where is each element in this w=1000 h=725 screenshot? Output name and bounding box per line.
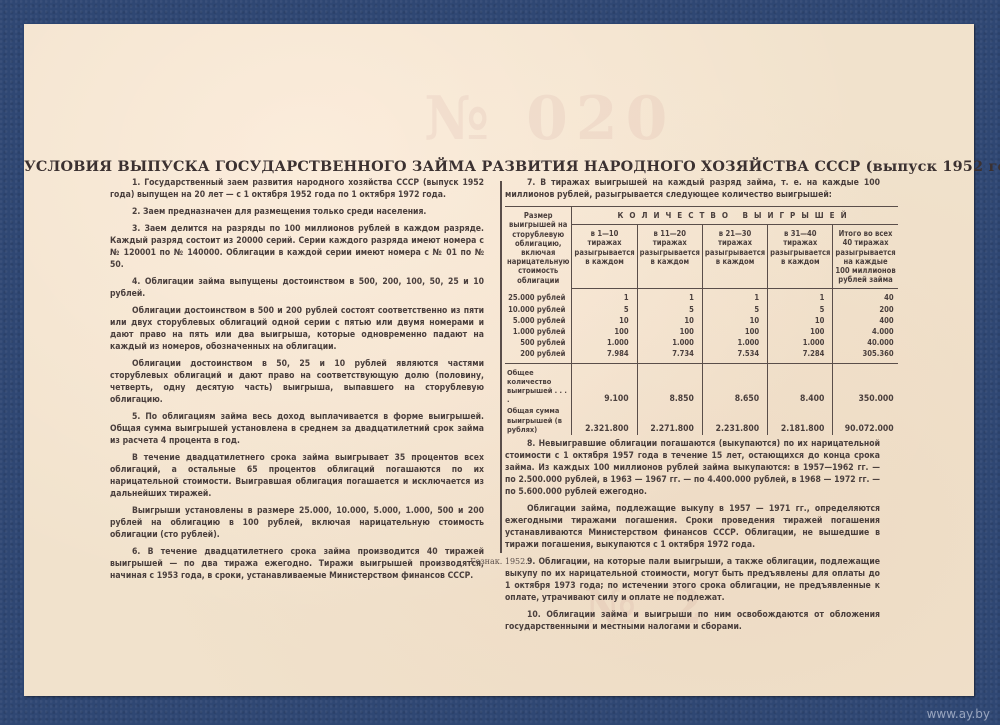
left-column: 1. Государственный заем развития народно… — [110, 177, 484, 587]
clause-4: 4. Облигации займа выпущены достоинством… — [110, 276, 484, 300]
prize-count: 10 — [768, 315, 833, 326]
prize-count: 1.000 — [768, 337, 833, 348]
clause-4-denominations-50-25-10: Облигации достоинством в 50, 25 и 10 руб… — [110, 358, 484, 406]
table-row: 10.000 рублей5555200 — [505, 304, 898, 315]
total-count-row: Общее количество выигрышей . . . .9.1008… — [505, 363, 898, 405]
prize-count: 1 — [637, 289, 702, 304]
clause-5-percent: В течение двадцатилетнего срока займа вы… — [110, 452, 484, 500]
prize-count: 1.000 — [637, 337, 702, 348]
site-watermark: www.ay.by — [927, 707, 990, 721]
clause-8-redemption: Облигации займа, подлежащие выкупу в 195… — [505, 503, 880, 551]
prize-count: 1.000 — [572, 337, 637, 348]
table-row: 25.000 рублей111140 — [505, 289, 898, 304]
column-header: в 21—30 тиражах разыгрывается в каждом — [702, 225, 767, 289]
show-through-number: № 020 — [424, 84, 675, 154]
prize-count: 100 — [637, 326, 702, 337]
prize-count: 10 — [572, 315, 637, 326]
prize-count: 7.984 — [572, 348, 637, 363]
printer-imprint: Гознак. 1952. — [24, 557, 974, 566]
clause-1: 1. Государственный заем развития народно… — [110, 177, 484, 201]
prize-total: 305.360 — [833, 348, 898, 363]
total-value: 8.850 — [637, 363, 702, 405]
clause-3: 3. Заем делится на разряды по 100 миллио… — [110, 223, 484, 271]
prize-count: 5 — [768, 304, 833, 315]
table-row-header: Размер выигрышей на сторублевую облигаци… — [505, 207, 572, 289]
clause-5-amounts: Выигрыши установлены в размере 25.000, 1… — [110, 505, 484, 541]
column-header: в 1—10 тиражах разыгрывается в каждом — [572, 225, 637, 289]
prize-count: 100 — [702, 326, 767, 337]
prize-count: 100 — [572, 326, 637, 337]
total-label: Общее количество выигрышей . . . . — [505, 363, 572, 405]
prize-count: 7.734 — [637, 348, 702, 363]
column-header-total: Итого во всех 40 тиражах разыгрывается н… — [833, 225, 898, 289]
prize-count: 100 — [768, 326, 833, 337]
prize-count: 5 — [637, 304, 702, 315]
prize-total: 200 — [833, 304, 898, 315]
prize-count: 1.000 — [702, 337, 767, 348]
prize-total: 40 — [833, 289, 898, 304]
table-row: 1.000 рублей1001001001004.000 — [505, 326, 898, 337]
prize-count: 1 — [702, 289, 767, 304]
right-column: 7. В тиражах выигрышей на каждый разряд … — [505, 177, 880, 638]
prize-size: 25.000 рублей — [505, 289, 572, 304]
total-value: 8.400 — [768, 363, 833, 405]
clause-10: 10. Облигации займа и выигрыши по ним ос… — [505, 609, 880, 633]
total-value: 8.650 — [702, 363, 767, 405]
winnings-table: Размер выигрышей на сторублевую облигаци… — [505, 206, 898, 435]
bond-sheet: № 020 № 2 УСЛОВИЯ ВЫПУСКА ГОСУДАРСТВЕННО… — [24, 24, 974, 696]
clause-4-denominations-500-200: Облигации достоинством в 500 и 200 рубле… — [110, 305, 484, 353]
prize-count: 7.284 — [768, 348, 833, 363]
prize-count: 1 — [768, 289, 833, 304]
total-sum-row: Общая сумма выигрышей (в рублях)2.321.80… — [505, 405, 898, 435]
clause-2: 2. Заем предназначен для размещения толь… — [110, 206, 484, 218]
prize-count: 10 — [702, 315, 767, 326]
table-row: 200 рублей7.9847.7347.5347.284305.360 — [505, 348, 898, 363]
table-row: 500 рублей1.0001.0001.0001.00040.000 — [505, 337, 898, 348]
total-value: 2.231.800 — [702, 405, 767, 435]
total-value: 90.072.000 — [833, 405, 898, 435]
prize-count: 1 — [572, 289, 637, 304]
clause-8: 8. Невыигравшие облигации погашаются (вы… — [505, 438, 880, 498]
prize-count: 7.534 — [702, 348, 767, 363]
prize-count: 5 — [702, 304, 767, 315]
prize-total: 400 — [833, 315, 898, 326]
prize-size: 200 рублей — [505, 348, 572, 363]
total-value: 9.100 — [572, 363, 637, 405]
total-value: 2.271.800 — [637, 405, 702, 435]
prize-size: 500 рублей — [505, 337, 572, 348]
table-row: 5.000 рублей10101010400 — [505, 315, 898, 326]
document-title: УСЛОВИЯ ВЫПУСКА ГОСУДАРСТВЕННОГО ЗАЙМА Р… — [24, 158, 974, 175]
prize-total: 40.000 — [833, 337, 898, 348]
prize-size: 5.000 рублей — [505, 315, 572, 326]
clause-7: 7. В тиражах выигрышей на каждый разряд … — [505, 177, 880, 201]
prize-count: 10 — [637, 315, 702, 326]
column-header: в 11—20 тиражах разыгрывается в каждом — [637, 225, 702, 289]
prize-size: 10.000 рублей — [505, 304, 572, 315]
table-body: 25.000 рублей11114010.000 рублей55552005… — [505, 289, 898, 435]
column-divider — [500, 181, 502, 553]
total-value: 2.321.800 — [572, 405, 637, 435]
prize-size: 1.000 рублей — [505, 326, 572, 337]
prize-count: 5 — [572, 304, 637, 315]
total-value: 350.000 — [833, 363, 898, 405]
total-value: 2.181.800 — [768, 405, 833, 435]
column-header: в 31—40 тиражах разыгрывается в каждом — [768, 225, 833, 289]
table-group-header: КОЛИЧЕСТВО ВЫИГРЫШЕЙ — [572, 207, 898, 225]
clause-5: 5. По облигациям займа весь доход выплач… — [110, 411, 484, 447]
total-label: Общая сумма выигрышей (в рублях) — [505, 405, 572, 435]
prize-total: 4.000 — [833, 326, 898, 337]
